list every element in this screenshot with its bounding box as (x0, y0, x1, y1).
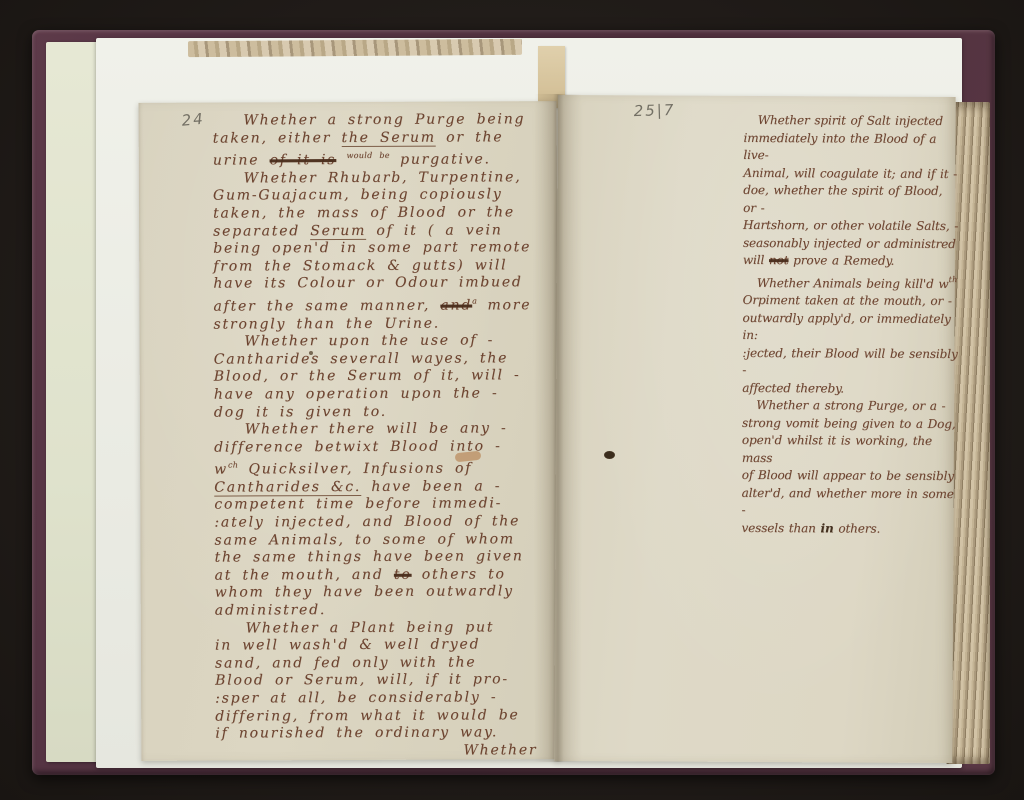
manuscript-line: open'd whilst it is working, the mass (742, 432, 958, 468)
manuscript-line: :ately injected, and Blood of the (214, 513, 536, 532)
manuscript-line: difference betwixt Blood into - (214, 438, 536, 457)
manuscript-line: whom they have been outwardly (215, 584, 537, 603)
marbled-sheet-edge (188, 39, 522, 57)
manuscript-line: of Blood will appear to be sensibly (742, 467, 958, 486)
manuscript-line: strongly than the Urine. (213, 315, 535, 334)
manuscript-line: Blood, or the Serum of it, will - (214, 367, 536, 386)
page-number-right: 25|7 (633, 101, 675, 120)
manuscript-line: same Animals, to some of whom (214, 531, 536, 550)
manuscript-line: seasonably injected or administred (743, 234, 959, 253)
manuscript-line: separated Serum of it ( a vein (213, 222, 535, 241)
manuscript-line: at the mouth, and to others to (215, 566, 537, 585)
manuscript-line: :jected, their Blood will be sensibly - (742, 344, 958, 380)
manuscript-line: immediately into the Blood of a live- (743, 129, 959, 165)
manuscript-line: in well wash'd & well dryed (215, 636, 537, 655)
manuscript-line: doe, whether the spirit of Blood, or - (743, 182, 959, 218)
manuscript-line: taken, the mass of Blood or the (213, 204, 535, 223)
manuscript-line: differing, from what it would be (215, 707, 537, 726)
manuscript-line: have its Colour or Odour imbued (213, 275, 535, 294)
photo-background: 24 Whether a strong Purge beingtaken, ei… (0, 0, 1024, 800)
ink-speck (309, 351, 313, 355)
manuscript-line: Whether spirit of Salt injected (744, 112, 960, 131)
manuscript-line: being open'd in some part remote (213, 239, 535, 258)
manuscript-line: Hartshorn, or other volatile Salts, - (743, 217, 959, 236)
ink-blot (604, 451, 615, 459)
manuscript-line: urine of it is would be purgative. (213, 146, 535, 170)
manuscript-line: from the Stomack & gutts) will (213, 257, 535, 276)
manuscript-line: taken, either the Serum or the (213, 129, 535, 148)
manuscript-line: affected thereby. (742, 379, 958, 398)
manuscript-line: :sper at all, be considerably - (215, 689, 537, 708)
manuscript-line: Cantharides severall wayes, the (214, 350, 536, 369)
manuscript-line: Whether a Plant being put (215, 619, 537, 638)
left-page: 24 Whether a strong Purge beingtaken, ei… (139, 101, 560, 761)
manuscript-line: the same things have been given (215, 548, 537, 567)
manuscript-line: Whether a strong Purge, or a - (742, 397, 958, 416)
manuscript-line: Whether Animals being kill'd wth (743, 269, 959, 293)
manuscript-line: Whether Rhubarb, Turpentine, (213, 169, 535, 188)
manuscript-line: Gum-Guajacum, being copiously (213, 187, 535, 206)
manuscript-line: Whether there will be any - (214, 420, 536, 439)
manuscript-line: Whether upon the use of - (214, 332, 536, 351)
manuscript-line: if nourished the ordinary way. (215, 724, 537, 743)
right-page-text: Whether spirit of Salt injectedimmediate… (741, 112, 959, 538)
manuscript-line: administred. (215, 601, 537, 620)
manuscript-line: Animal, will coagulate it; and if it - (743, 164, 959, 183)
manuscript-line: will not prove a Remedy. (743, 252, 959, 271)
manuscript-line: outwardly apply'd, or immediately in: (742, 309, 958, 345)
manuscript-line: Whether a strong Purge being (213, 111, 535, 130)
right-page: 25|7 Whether spirit of Salt injectedimme… (554, 95, 955, 763)
manuscript-line: Cantharides &c. have been a - (214, 478, 536, 497)
manuscript-line: dog it is given to. (214, 403, 536, 422)
manuscript-line: Blood or Serum, will, if it pro- (215, 672, 537, 691)
manuscript-line: alter'd, and whether more in some - (742, 484, 958, 520)
manuscript-line: Whether (215, 742, 537, 761)
manuscript-line: sand, and fed only with the (215, 654, 537, 673)
manuscript-line: wch Quicksilver, Infusions of (214, 455, 536, 479)
manuscript-line: vessels than in others. (741, 519, 957, 538)
manuscript-line: strong vomit being given to a Dog, (742, 414, 958, 433)
manuscript-line: have any operation upon the - (214, 385, 536, 404)
left-page-text: Whether a strong Purge beingtaken, eithe… (213, 111, 538, 761)
manuscript-line: after the same manner, anda more (213, 292, 535, 316)
manuscript-line: Orpiment taken at the mouth, or - (743, 292, 959, 311)
page-number-left: 24 (181, 110, 206, 130)
manuscript-line: competent time before immedi- (214, 496, 536, 515)
